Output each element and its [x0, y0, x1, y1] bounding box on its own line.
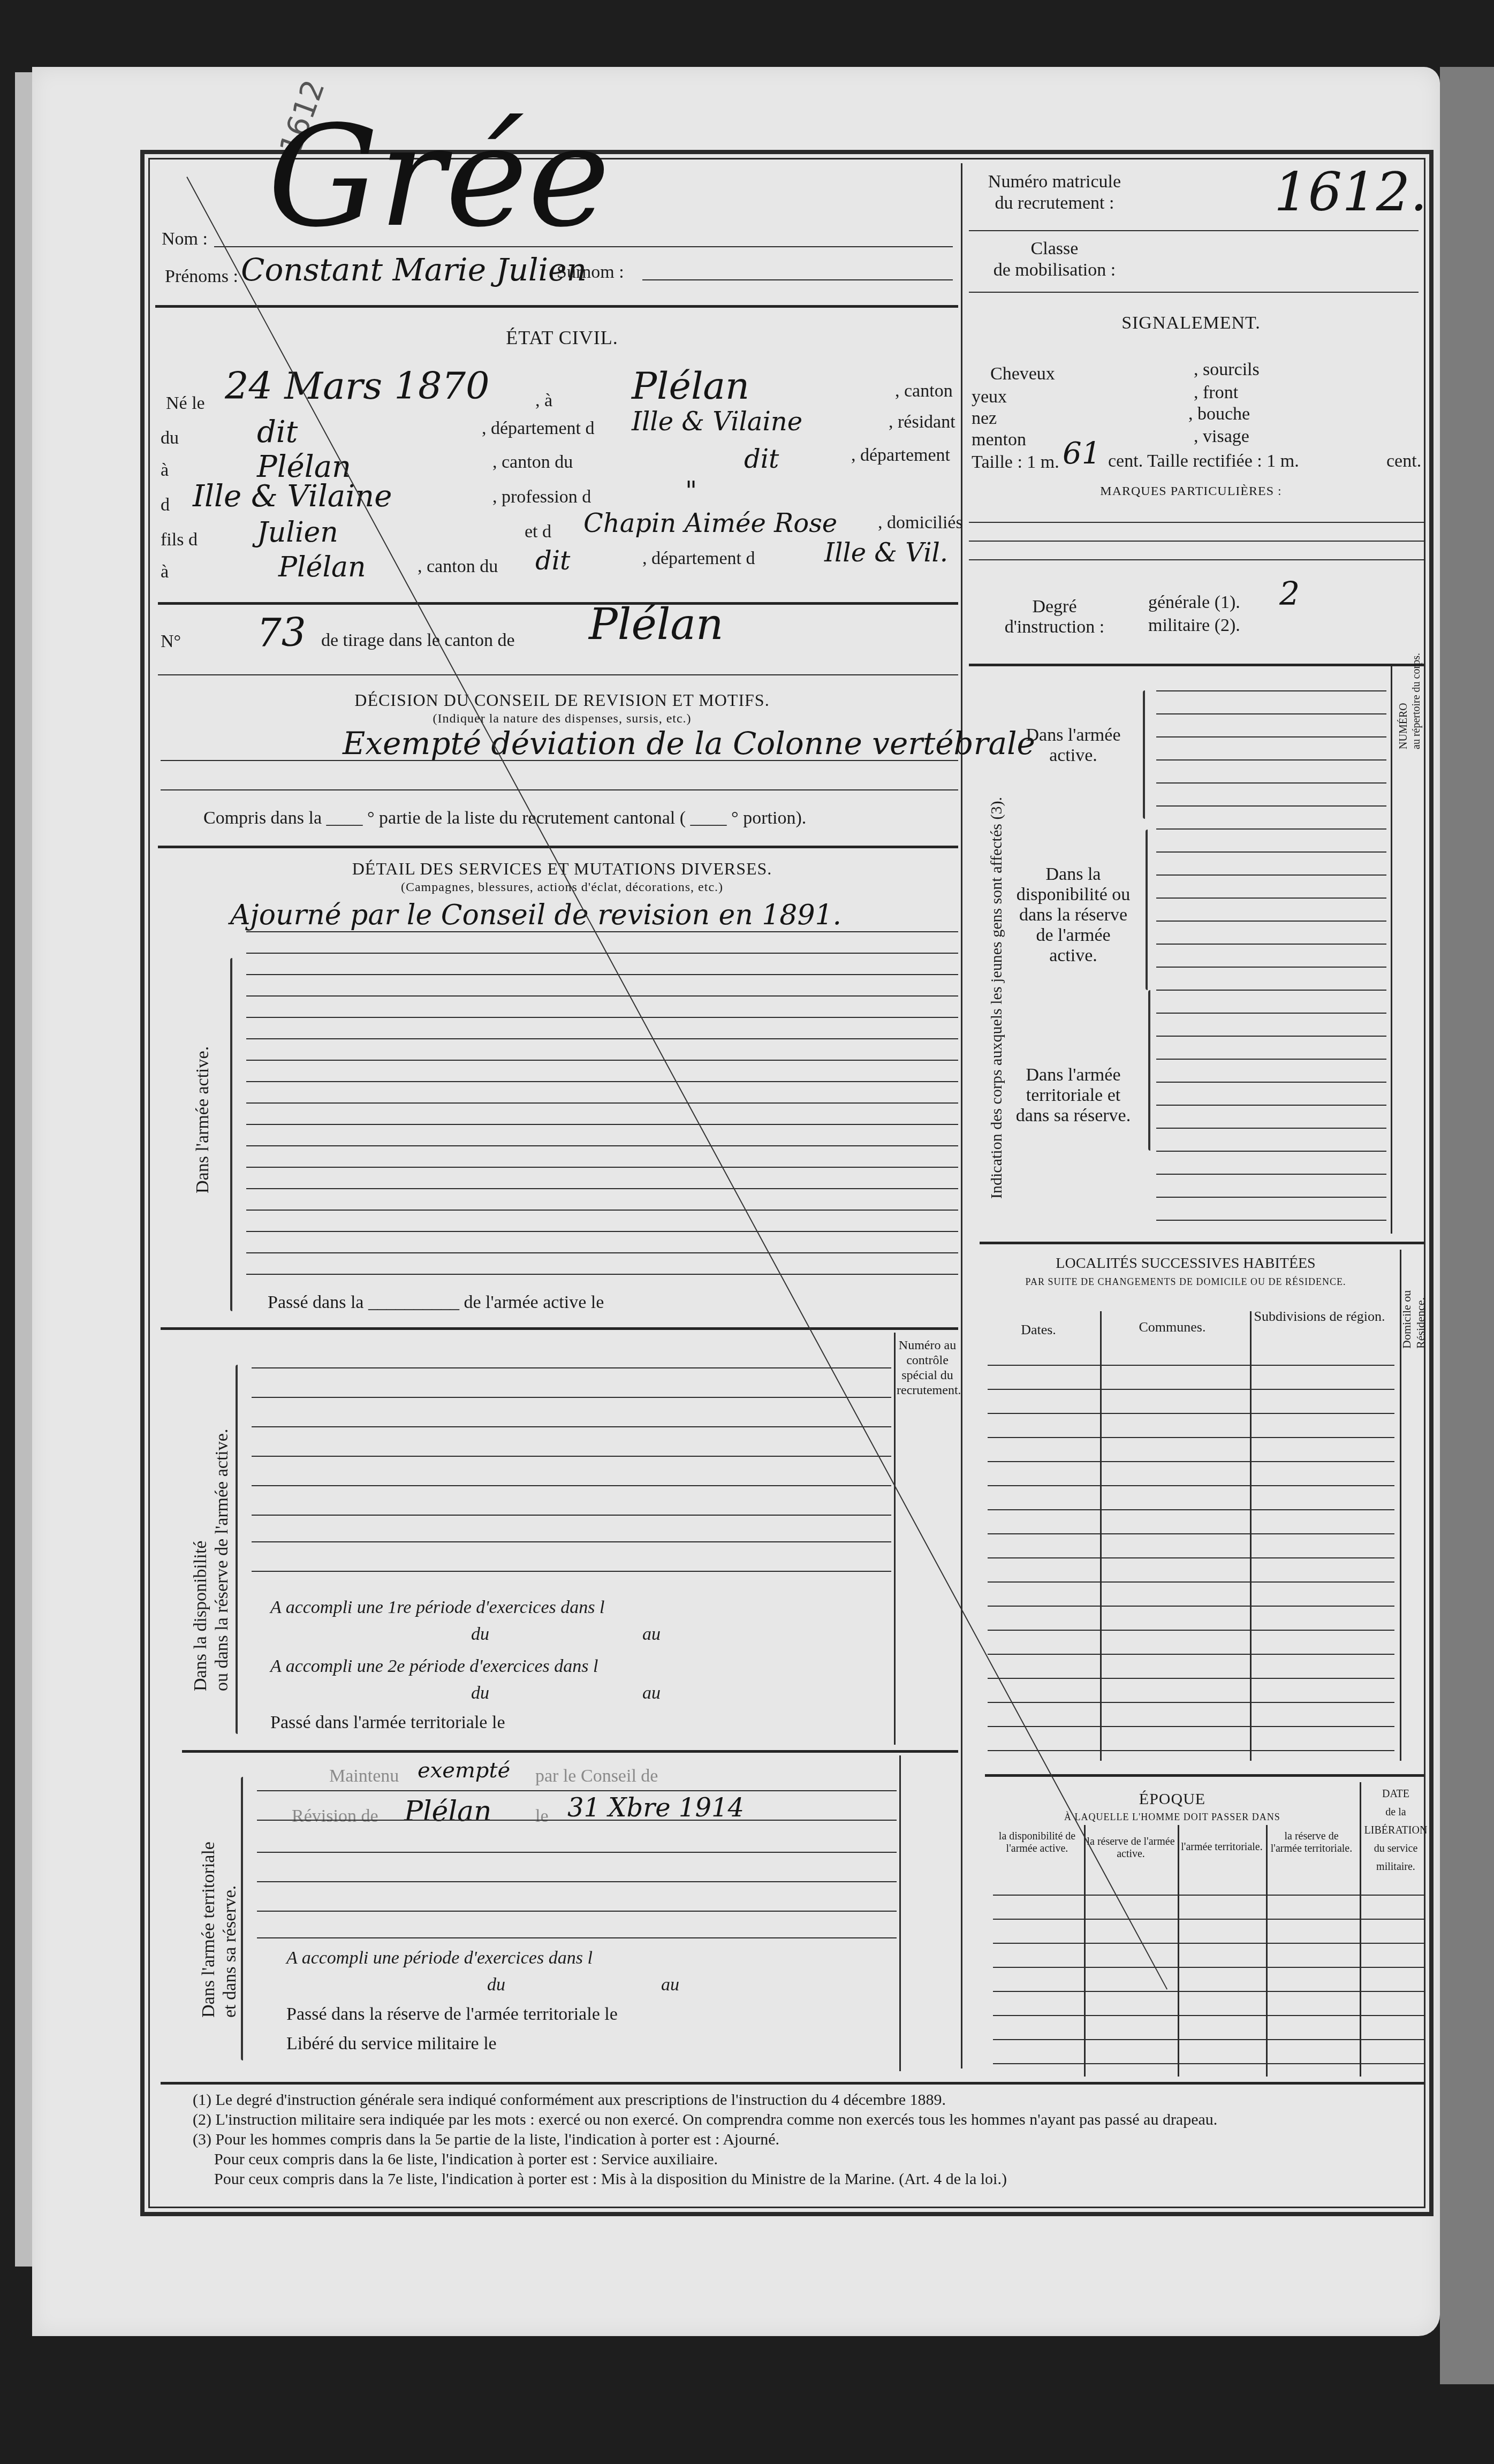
generale-label: générale (1). — [1148, 592, 1240, 613]
ruled-line — [1156, 851, 1386, 853]
passe-reserve-label: Passé dans la réserve de l'armée territo… — [286, 2004, 618, 2025]
matricule-label-2: du recrutement : — [969, 193, 1140, 214]
services-side-label: Dans l'armée active. — [193, 1046, 213, 1193]
dept3-label: , département d — [642, 549, 755, 569]
ruled-line — [257, 1820, 897, 1821]
ruled-line — [1156, 828, 1386, 830]
profession-value: " — [685, 476, 697, 506]
militaire-label: militaire (2). — [1148, 615, 1240, 636]
period1-au: au — [642, 1624, 661, 1645]
ruled-line — [252, 1456, 891, 1457]
disponibilite-side-2: ou dans la réserve de l'armée active. — [211, 1429, 233, 1691]
marques-line — [969, 522, 1424, 523]
ruled-line — [1156, 713, 1386, 714]
ruled-line — [246, 1210, 958, 1211]
firstnames-label: Prénoms : — [165, 267, 238, 287]
passe-label-2: de l'armée active le — [464, 1292, 604, 1312]
classe-line — [969, 292, 1419, 293]
libere-label: Libéré du service militaire le — [286, 2034, 497, 2054]
brace — [1146, 830, 1148, 990]
epoque-subtitle: À LAQUELLE L'HOMME DOIT PASSER DANS — [990, 1812, 1354, 1823]
epoque-col-4: la réserve de l'armée territoriale. — [1269, 1830, 1354, 1855]
footnote: (3) Pour les hommes compris dans la 5e p… — [193, 2130, 1424, 2149]
numero-corps-1: NUMÉRO — [1397, 653, 1410, 749]
dept-value: Ille & Vilaine — [632, 407, 802, 437]
ruled-line — [988, 1702, 1394, 1703]
territoriale-period-label: A accompli une période d'exercices dans … — [286, 1948, 593, 1968]
a-label: à — [161, 460, 169, 481]
ruled-line — [252, 1397, 891, 1398]
ruled-line — [993, 1943, 1424, 1944]
firstnames-value: Constant Marie Julien — [241, 252, 587, 288]
ruled-line — [252, 1515, 891, 1516]
ruled-line — [1156, 1151, 1386, 1152]
yeux-label: yeux — [972, 387, 1007, 407]
stamp-le: le — [535, 1806, 549, 1827]
visage-label: , visage — [1194, 427, 1249, 447]
col-subdivisions: Subdivisions de région. — [1253, 1309, 1386, 1325]
d-label: d — [161, 495, 170, 515]
ruled-line — [1156, 967, 1386, 968]
decision-subtitle: (Indiquer la nature des dispenses, sursi… — [214, 712, 910, 726]
profession-label: , profession d — [492, 487, 591, 507]
section-divider — [161, 2082, 1424, 2085]
footnote: (2) L'instruction militaire sera indiqué… — [193, 2110, 1424, 2130]
footnote-text: Pour les hommes compris dans la 5e parti… — [215, 2131, 779, 2148]
ruled-line — [257, 1852, 897, 1853]
menton-label: menton — [972, 430, 1026, 450]
numero-column-divider — [894, 1333, 896, 1745]
disponibilite-side-1: Dans la disponibilité — [190, 1429, 211, 1691]
ruled-line — [246, 1167, 958, 1168]
marques-line — [969, 559, 1424, 560]
mother-value: Chapin Aimée Rose — [583, 508, 837, 538]
date-header-2: de la — [1362, 1803, 1429, 1821]
father-value: Julien — [257, 516, 338, 549]
ruled-line — [988, 1557, 1394, 1558]
numero-corps-2: au répertoire du corps. — [1410, 653, 1423, 749]
territoriale-side-2: et dans sa réserve. — [219, 1842, 241, 2018]
ruled-line — [993, 1919, 1424, 1920]
ruled-line — [988, 1678, 1394, 1679]
stamp-date: 31 Xbre 1914 — [567, 1793, 744, 1823]
ruled-line — [246, 1017, 958, 1018]
footnotes: (1) Le degré d'instruction générale sera… — [193, 2090, 1424, 2189]
et-label: et d — [525, 522, 551, 542]
front-label: , front — [1194, 383, 1238, 403]
etat-civil-title: ÉTAT CIVIL. — [482, 326, 642, 349]
date-header-3: LIBÉRATION — [1362, 1821, 1429, 1839]
footnote-text: L'instruction militaire sera indiquée pa… — [215, 2111, 1217, 2128]
disponibilite-side-label: Dans la disponibilité ou dans la réserve… — [190, 1429, 233, 1691]
ruled-line — [1156, 1082, 1386, 1083]
ruled-line — [246, 1231, 958, 1232]
name-line — [214, 246, 953, 247]
ruled-line — [246, 1081, 958, 1082]
services-title: DÉTAIL DES SERVICES ET MUTATIONS DIVERSE… — [214, 859, 910, 879]
residant-label: , résidant — [889, 412, 955, 432]
passe-label-1: Passé dans la — [268, 1292, 363, 1312]
surname-label: Surnom : — [557, 262, 624, 283]
ruled-line — [988, 1726, 1394, 1727]
ruled-line — [246, 1274, 958, 1275]
ruled-line — [988, 1606, 1394, 1607]
territoriale-side-1: Dans l'armée territoriale — [198, 1842, 219, 2018]
dept2-value: Ille & Vilaine — [193, 479, 392, 514]
canton3-value: dit — [535, 546, 570, 576]
surname-line — [642, 279, 953, 280]
date-header-1: DATE — [1362, 1785, 1429, 1803]
footnote-mark: (1) — [193, 2091, 211, 2109]
footnote-mark: (2) — [193, 2111, 211, 2128]
footnote: Pour ceux compris dans la 7e liste, l'in… — [193, 2169, 1424, 2189]
services-entry: Ajourné par le Conseil de revision en 18… — [230, 899, 841, 931]
localites-title: LOCALITÉS SUCCESSIVES HABITÉES — [980, 1255, 1392, 1272]
footnote-text: Pour ceux compris dans la 6e liste, l'in… — [214, 2150, 718, 2168]
ruled-line — [993, 1895, 1424, 1896]
ruled-line — [252, 1571, 891, 1572]
ruled-line — [257, 1881, 897, 1882]
du-label: du — [161, 428, 179, 448]
ruled-line — [993, 1991, 1424, 1992]
compris-label-2: ° partie de la liste du recrutement cant… — [367, 808, 686, 828]
classe-label: Classe de mobilisation : — [969, 238, 1140, 281]
taille-rectifiee-label: cent. Taille rectifiée : 1 m. — [1108, 451, 1299, 471]
ruled-line — [257, 1790, 897, 1791]
born-date: 24 Mars 1870 — [225, 364, 490, 408]
ruled-line — [252, 1485, 891, 1486]
stamp-revision: Révision de — [292, 1806, 378, 1827]
period2-du: du — [471, 1683, 489, 1703]
ruled-line — [1156, 782, 1386, 784]
stamp-maintenu: Maintenu — [329, 1766, 399, 1786]
section-divider — [155, 305, 958, 308]
ruled-line — [1156, 944, 1386, 945]
column-divider — [961, 163, 962, 2068]
period1-label: A accompli une 1re période d'exercices d… — [270, 1598, 604, 1618]
section-divider — [158, 602, 958, 605]
ruled-line — [246, 974, 958, 975]
ruled-line — [246, 1102, 958, 1104]
taille-value: 61 — [1063, 436, 1101, 471]
services-subtitle: (Campagnes, blessures, actions d'éclat, … — [214, 880, 910, 895]
sourcils-label: , sourcils — [1194, 360, 1260, 380]
domicile-side-2: Résidence. — [1414, 1290, 1428, 1349]
numero-controle-header: Numéro au contrôle spécial du recrutemen… — [897, 1338, 958, 1398]
brace — [1148, 990, 1150, 1151]
ruled-line — [1156, 1059, 1386, 1060]
canton2-value: dit — [744, 444, 779, 474]
ruled-line — [246, 1060, 958, 1061]
dept-label: , département d — [482, 419, 595, 439]
section-divider — [161, 1327, 958, 1330]
matricule-label: Numéro matricule du recrutement : — [969, 171, 1140, 214]
tirage-canton-value: Plélan — [589, 599, 724, 649]
canton-label: , canton — [895, 381, 953, 401]
ruled-line — [246, 1145, 958, 1146]
compris-label: Compris dans la ____ ° partie de la list… — [203, 808, 806, 828]
passe-active-label: Passé dans la __________ de l'armée acti… — [268, 1292, 604, 1313]
taille-label: Taille : 1 m. — [972, 452, 1059, 473]
affectation-side-label: Indication des corps auxquels les jeunes… — [988, 797, 1006, 1199]
ruled-line — [252, 1426, 891, 1427]
ruled-line — [988, 1461, 1394, 1462]
ruled-line — [246, 953, 958, 954]
bouche-label: , bouche — [1188, 404, 1250, 424]
epoque-col-2: la réserve de l'armée active. — [1087, 1836, 1175, 1860]
ruled-line — [257, 1911, 897, 1912]
ruled-line — [246, 1124, 958, 1125]
brace — [1143, 690, 1145, 819]
ruled-line — [988, 1509, 1394, 1510]
a2-label: à — [161, 562, 169, 582]
stamp-conseil: par le Conseil de — [535, 1766, 658, 1786]
born-at-label: , à — [535, 391, 552, 411]
ruled-line — [988, 1533, 1394, 1534]
degre-label: Degré d'instruction : — [996, 597, 1113, 637]
name-label: Nom : — [162, 229, 208, 249]
born-place: Plélan — [632, 364, 749, 408]
ruled-line — [246, 1252, 958, 1253]
period1-du: du — [471, 1624, 489, 1645]
matricule-label-1: Numéro matricule — [969, 171, 1140, 193]
date-liberation-header: DATE de la LIBÉRATION du service militai… — [1362, 1785, 1429, 1876]
column-divider — [1100, 1311, 1102, 1761]
footnote-text: Le degré d'instruction générale sera ind… — [215, 2091, 946, 2109]
ruled-line — [988, 1365, 1394, 1366]
affectation-group-1: Dans l'armée active. — [1012, 725, 1135, 766]
cheveux-label: Cheveux — [990, 364, 1055, 384]
footnote: Pour ceux compris dans la 6e liste, l'in… — [193, 2149, 1424, 2169]
marques-line — [969, 541, 1424, 542]
domicile-side-label: Domicile ou Résidence. — [1400, 1290, 1428, 1349]
ruled-line — [993, 2015, 1424, 2016]
degre-label-1: Degré — [996, 597, 1113, 617]
nez-label: nez — [972, 408, 997, 429]
footnote-text: Pour ceux compris dans la 7e liste, l'in… — [214, 2170, 1007, 2188]
ruled-line — [1156, 898, 1386, 899]
numero-corps-divider — [1391, 666, 1392, 1234]
section-divider — [969, 664, 1424, 666]
ruled-line — [246, 931, 958, 932]
decision-title: DÉCISION DU CONSEIL DE REVISION ET MOTIF… — [214, 690, 910, 710]
dept3-value: Ille & Vil. — [824, 538, 948, 568]
canton-value: dit — [257, 415, 298, 450]
section-divider — [158, 846, 958, 848]
canton2-label: , canton du — [492, 452, 573, 473]
ruled-line — [1156, 1220, 1386, 1221]
ruled-line — [1156, 921, 1386, 922]
compris-label-3: ° portion). — [731, 808, 806, 828]
ruled-line — [988, 1581, 1394, 1583]
domicile-side-1: Domicile ou — [1400, 1290, 1414, 1349]
ruled-line — [1156, 1197, 1386, 1198]
ruled-line — [252, 1541, 891, 1542]
ruled-line — [993, 1967, 1424, 1968]
parents-residence: Plélan — [278, 551, 366, 583]
stamp-place: Plélan — [404, 1796, 492, 1828]
epoque-col-3: l'armée territoriale. — [1180, 1841, 1263, 1853]
col-communes: Communes. — [1103, 1319, 1242, 1335]
ruled-line — [993, 2039, 1424, 2040]
ruled-line — [246, 1188, 958, 1189]
territoriale-au: au — [661, 1975, 679, 1995]
column-divider — [1400, 1250, 1401, 1761]
stamp-exempte: exempté — [418, 1758, 510, 1783]
ruled-line — [1156, 874, 1386, 876]
ruled-line — [1156, 1013, 1386, 1014]
decision-value: Exempté déviation de la Colonne vertébra… — [343, 725, 1035, 762]
column-divider — [1250, 1311, 1252, 1761]
ruled-line — [988, 1437, 1394, 1438]
section-divider — [182, 1750, 958, 1753]
ruled-line — [257, 1937, 897, 1938]
epoque-title: ÉPOQUE — [990, 1790, 1354, 1808]
taille-cent-label: cent. — [1386, 451, 1421, 471]
ruled-line — [1156, 1174, 1386, 1175]
affectation-group-3: Dans l'armée territoriale et dans sa rés… — [1012, 1065, 1135, 1126]
col-dates: Dates. — [985, 1322, 1092, 1338]
tirage-no-value: 73 — [257, 610, 306, 655]
ruled-line — [988, 1389, 1394, 1390]
ruled-line — [1156, 805, 1386, 807]
degre-label-2: d'instruction : — [996, 617, 1113, 637]
section-divider — [980, 1242, 1424, 1244]
ruled-line — [1156, 1128, 1386, 1129]
signalement-title: SIGNALEMENT. — [1071, 313, 1311, 333]
ruled-line — [1156, 759, 1386, 761]
brace — [236, 1365, 238, 1734]
localites-subtitle: PAR SUITE DE CHANGEMENTS DE DOMICILE OU … — [980, 1276, 1392, 1288]
passe-territoriale-label: Passé dans l'armée territoriale le — [270, 1713, 505, 1733]
domicilies-label: , domiciliés — [878, 513, 963, 533]
classe-label-1: Classe — [969, 238, 1140, 260]
name-value: Grée — [268, 96, 610, 258]
affectation-group-2: Dans la disponibilité ou dans la réserve… — [1012, 864, 1135, 966]
decision-line — [161, 789, 958, 790]
footnote-mark: (3) — [193, 2131, 211, 2148]
ruled-line — [988, 1654, 1394, 1655]
column-divider — [1360, 1782, 1361, 2077]
brace — [230, 958, 232, 1311]
section-divider — [158, 674, 958, 675]
departement-label: , département — [851, 445, 950, 466]
fils-label: fils d — [161, 530, 198, 550]
territoriale-right-border — [899, 1755, 901, 2071]
tirage-canton-label: de tirage dans le canton de — [321, 630, 515, 651]
generale-value: 2 — [1279, 575, 1300, 613]
ruled-line — [1156, 990, 1386, 991]
period2-label: A accompli une 2e période d'exercices da… — [270, 1656, 598, 1677]
ruled-line — [246, 995, 958, 997]
footnote: (1) Le degré d'instruction générale sera… — [193, 2090, 1424, 2110]
numero-corps-label: NUMÉRO au répertoire du corps. — [1397, 653, 1423, 749]
decision-line — [161, 760, 958, 761]
ruled-line — [1156, 736, 1386, 737]
ruled-line — [246, 1038, 958, 1039]
born-label: Né le — [166, 393, 205, 414]
matricule-line — [969, 230, 1419, 231]
classe-label-2: de mobilisation : — [969, 260, 1140, 281]
matricule-value: 1612. — [1274, 161, 1427, 223]
book-cover-edge — [1440, 67, 1494, 2384]
brace — [241, 1777, 243, 2060]
territoriale-du: du — [487, 1975, 505, 1995]
ruled-line — [1156, 690, 1386, 691]
ruled-line — [988, 1750, 1394, 1751]
date-header-4: du service militaire. — [1362, 1839, 1429, 1876]
ruled-line — [252, 1367, 891, 1368]
marques-title: MARQUES PARTICULIÈRES : — [1017, 484, 1365, 499]
ruled-line — [993, 2063, 1424, 2064]
ruled-line — [1156, 1036, 1386, 1037]
period2-au: au — [642, 1683, 661, 1703]
ruled-line — [1156, 1105, 1386, 1106]
canton3-label: , canton du — [418, 557, 498, 577]
territoriale-side-label: Dans l'armée territoriale et dans sa rés… — [198, 1842, 241, 2018]
tirage-no-label: N° — [161, 632, 181, 652]
ruled-line — [988, 1413, 1394, 1414]
ruled-line — [988, 1485, 1394, 1486]
epoque-col-1: la disponibilité de l'armée active. — [993, 1830, 1081, 1855]
compris-label-1: Compris dans la — [203, 808, 322, 828]
ruled-line — [988, 1630, 1394, 1631]
